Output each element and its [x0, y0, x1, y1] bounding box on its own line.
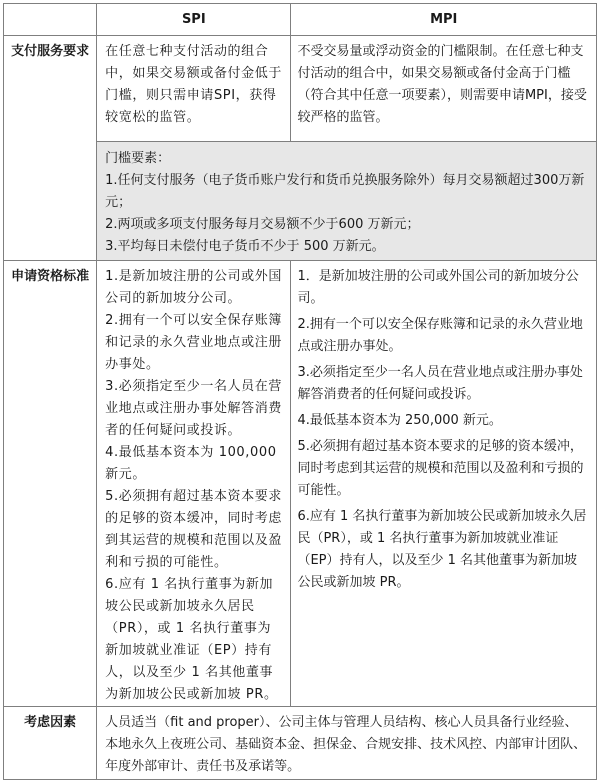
payment-requirement-spi: 在任意七种支付活动的组合中，如果交易额或备付金低于门槛，则只需申请SPI，获得较…: [97, 36, 291, 142]
payment-requirement-spi-text: 在任意七种支付活动的组合中，如果交易额或备付金低于门槛，则只需申请SPI，获得较…: [105, 41, 284, 129]
threshold-item-3: 3.平均每日未偿付电子货币不少于 500 万新元。: [105, 236, 590, 258]
eligibility-mpi-item-5: 5.必须拥有超过基本资本要求的足够的资本缓冲，同时考虑到其运营的规模和范围以及盈…: [297, 436, 590, 502]
eligibility-mpi-item-1: 1．是新加坡注册的公司或外国公司的新加坡分公司。: [297, 266, 590, 310]
eligibility-mpi-item-2: 2.拥有一个可以安全保存账簿和记录的永久营业地点或注册办事处。: [297, 314, 590, 358]
eligibility-label: 申请资格标准: [4, 261, 97, 707]
threshold-item-1: 1.任何支付服务（电子货币账户发行和货币兑换服务除外）每月交易额超过300万新元…: [105, 170, 590, 214]
eligibility-spi-item-1: 1.是新加坡注册的公司或外国公司的新加坡分公司。: [105, 266, 284, 310]
payment-requirement-row: 支付服务要求 在任意七种支付活动的组合中，如果交易额或备付金低于门槛，则只需申请…: [4, 36, 597, 142]
payment-requirement-label: 支付服务要求: [4, 36, 97, 261]
eligibility-mpi: 1．是新加坡注册的公司或外国公司的新加坡分公司。 2.拥有一个可以安全保存账簿和…: [291, 261, 597, 707]
eligibility-mpi-item-4: 4.最低基本资本为 250,000 新元。: [297, 410, 590, 432]
eligibility-mpi-item-6: 6.应有 1 名执行董事为新加坡公民或新加坡永久居民（PR），或 1 名执行董事…: [297, 506, 590, 594]
eligibility-mpi-item-3: 3.必须指定至少一名人员在营业地点或注册办事处解答消费者的任何疑问或投诉。: [297, 362, 590, 406]
spi-mpi-comparison-table: SPI MPI 支付服务要求 在任意七种支付活动的组合中，如果交易额或备付金低于…: [3, 3, 597, 770]
threshold-title: 门槛要素：: [105, 148, 590, 170]
threshold-cell: 门槛要素： 1.任何支付服务（电子货币账户发行和货币兑换服务除外）每月交易额超过…: [97, 142, 597, 261]
eligibility-spi-item-5: 5.必须拥有超过基本资本要求的足够的资本缓冲，同时考虑到其运营的规模和范围以及盈…: [105, 486, 284, 574]
header-mpi: MPI: [291, 4, 597, 36]
eligibility-spi-item-4: 4.最低基本资本为 100,000 新元。: [105, 442, 284, 486]
header-row: SPI MPI: [4, 4, 597, 36]
eligibility-spi-item-3: 3.必须指定至少一名人员在营业地点或注册办事处解答消费者的任何疑问或投诉。: [105, 376, 284, 442]
eligibility-spi-item-2: 2.拥有一个可以安全保存账簿和记录的永久营业地点或注册办事处。: [105, 310, 284, 376]
threshold-item-2: 2.两项或多项支付服务每月交易额不少于600 万新元；: [105, 214, 590, 236]
header-spi: SPI: [97, 4, 291, 36]
eligibility-row: 申请资格标准 1.是新加坡注册的公司或外国公司的新加坡分公司。 2.拥有一个可以…: [4, 261, 597, 707]
factors-text: 人员适当（fit and proper）、公司主体与管理人员结构、核心人员具备行…: [97, 707, 597, 771]
header-empty: [4, 4, 97, 36]
factors-row: 考虑因素 人员适当（fit and proper）、公司主体与管理人员结构、核心…: [4, 707, 597, 771]
eligibility-spi: 1.是新加坡注册的公司或外国公司的新加坡分公司。 2.拥有一个可以安全保存账簿和…: [97, 261, 291, 707]
factors-label: 考虑因素: [4, 707, 97, 771]
eligibility-spi-item-6: 6.应有 1 名执行董事为新加坡公民或新加坡永久居民（PR），或 1 名执行董事…: [105, 574, 284, 706]
payment-requirement-mpi: 不受交易量或浮动资金的门槛限制。在任意七种支付活动的组合中，如果交易额或备付金高…: [291, 36, 597, 142]
